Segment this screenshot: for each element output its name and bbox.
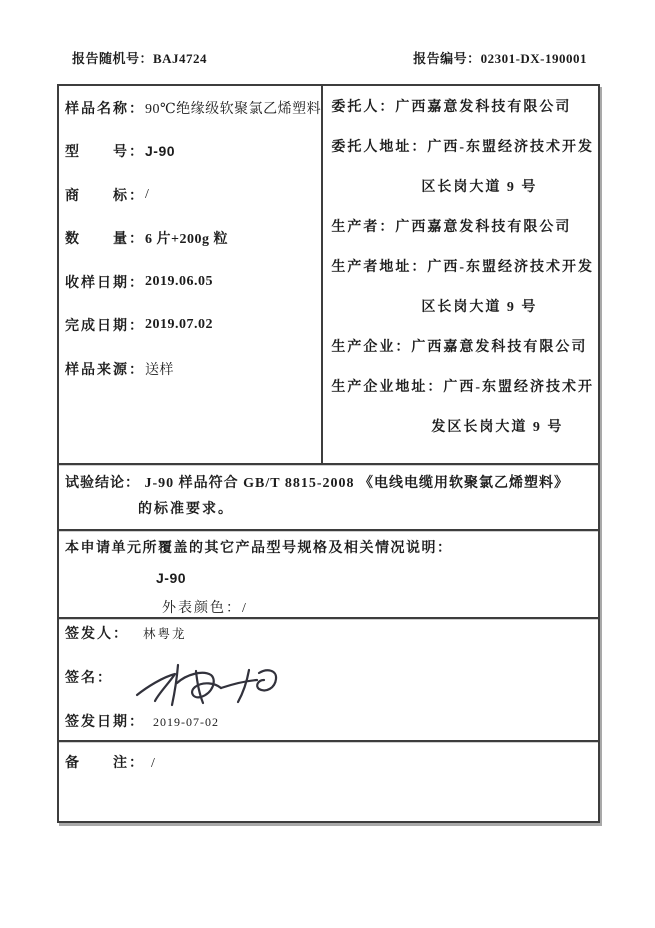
remark-value: /: [151, 756, 157, 771]
producer-line: 生产者：广西嘉意发科技有限公司: [331, 206, 594, 246]
trademark-row: 商 标：/: [65, 173, 321, 217]
issuer-name: 林粤龙: [143, 627, 187, 641]
sample-source-label: 样品来源：: [65, 359, 145, 379]
other-products-title: 本申请单元所覆盖的其它产品型号规格及相关情况说明：: [65, 535, 592, 563]
report-number: 报告编号：02301-DX-190001: [413, 48, 587, 67]
other-products-section: 本申请单元所覆盖的其它产品型号规格及相关情况说明： J-90 外表颜色：/: [59, 531, 598, 619]
manufacturer-address-line-2: 发区长岗大道 9 号: [331, 406, 594, 446]
conclusion-line-2: 的标准要求。: [65, 497, 592, 523]
completed-date-value: 2019.07.02: [145, 317, 213, 333]
trademark-label: 商 标：: [65, 185, 145, 205]
issue-date-value: 2019-07-02: [153, 715, 219, 729]
other-products-model: J-90: [65, 563, 592, 593]
sample-source-row: 样品来源：送样: [65, 347, 321, 391]
sample-info-section: 样品名称：90℃绝缘级软聚氯乙烯塑料 型 号：J-90 商 标：/ 数 量：6 …: [59, 86, 598, 465]
producer-address-line-1: 生产者地址：广西-东盟经济技术开发: [331, 246, 594, 286]
sample-name-label: 样品名称：: [65, 98, 145, 118]
signature-row: 签名：: [65, 667, 113, 687]
sample-source-value: 送样: [145, 359, 174, 379]
issue-date-label: 签发日期：: [65, 715, 145, 730]
signature-label: 签名：: [65, 671, 113, 686]
sample-name-value: 90℃绝缘级软聚氯乙烯塑料: [145, 98, 321, 118]
handwritten-signature-icon: [133, 661, 293, 709]
received-date-label: 收样日期：: [65, 272, 145, 292]
model-value: J-90: [145, 143, 175, 159]
remark-label: 备 注：: [65, 756, 145, 771]
client-address-line-1: 委托人地址：广西-东盟经济技术开发: [331, 126, 594, 166]
model-label: 型 号：: [65, 141, 145, 161]
conclusion-line-1: 试验结论： J-90 样品符合 GB/T 8815-2008 《电线电缆用软聚氯…: [65, 471, 592, 497]
producer-address-line-2: 区长岗大道 9 号: [331, 286, 594, 326]
client-info-column: 委托人：广西嘉意发科技有限公司 委托人地址：广西-东盟经济技术开发 区长岗大道 …: [323, 86, 598, 463]
conclusion-section: 试验结论： J-90 样品符合 GB/T 8815-2008 《电线电缆用软聚氯…: [59, 465, 598, 531]
completed-date-row: 完成日期：2019.07.02: [65, 304, 321, 348]
quantity-row: 数 量：6 片+200g 粒: [65, 217, 321, 261]
sample-info-column: 样品名称：90℃绝缘级软聚氯乙烯塑料 型 号：J-90 商 标：/ 数 量：6 …: [59, 86, 323, 463]
received-date-row: 收样日期：2019.06.05: [65, 260, 321, 304]
issuer-label: 签发人：: [65, 627, 129, 642]
report-page: 报告随机号：BAJ4724 报告编号：02301-DX-190001 样品名称：…: [0, 0, 655, 928]
report-table: 样品名称：90℃绝缘级软聚氯乙烯塑料 型 号：J-90 商 标：/ 数 量：6 …: [57, 84, 600, 823]
sample-name-row: 样品名称：90℃绝缘级软聚氯乙烯塑料: [65, 86, 321, 130]
client-line: 委托人：广西嘉意发科技有限公司: [331, 86, 594, 126]
report-random-number: 报告随机号：BAJ4724: [72, 48, 207, 67]
received-date-value: 2019.06.05: [145, 274, 213, 290]
model-row: 型 号：J-90: [65, 130, 321, 174]
quantity-label: 数 量：: [65, 228, 145, 248]
remark-row: 备 注：/: [65, 752, 592, 772]
quantity-value: 6 片+200g 粒: [145, 228, 228, 248]
trademark-value: /: [145, 187, 149, 203]
manufacturer-address-line-1: 生产企业地址：广西-东盟经济技术开: [331, 366, 594, 406]
manufacturer-line: 生产企业：广西嘉意发科技有限公司: [331, 326, 594, 366]
signing-section: 签发人：林粤龙 签名： 签发日期：2019-07-02: [59, 619, 598, 742]
completed-date-label: 完成日期：: [65, 315, 145, 335]
remark-section: 备 注：/: [59, 742, 598, 821]
issuer-row: 签发人：林粤龙: [65, 623, 187, 643]
issue-date-row: 签发日期：2019-07-02: [65, 711, 219, 731]
client-address-line-2: 区长岗大道 9 号: [331, 166, 594, 206]
